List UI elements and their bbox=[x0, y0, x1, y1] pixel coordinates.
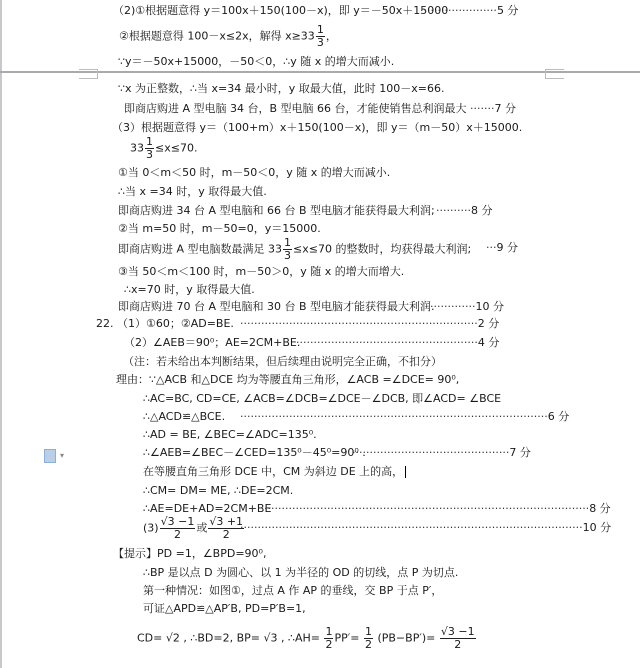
fraction: 13 bbox=[145, 136, 154, 161]
text-line: ∴CM= DM= ME, ∴DE=2CM. bbox=[143, 484, 293, 498]
text-line: （3）根据题意得 y＝（100+m）x＋150(100－x)，即 y＝（m－50… bbox=[112, 121, 522, 135]
text-line: 即商店购进 A 型电脑 34 台，B 型电脑 66 台，才能使销售总利润最大 bbox=[124, 102, 467, 116]
text-line: ∴x=70 时，y 取得最大值. bbox=[124, 283, 255, 297]
text-line: ②当 m=50 时，m－50=0，y＝15000. bbox=[118, 222, 321, 236]
fraction: √3 −12 bbox=[160, 516, 196, 541]
score-leader: ·············10 分 bbox=[430, 300, 504, 314]
score-leader: ······················5 分 bbox=[420, 4, 518, 18]
text-line[interactable]: 在等腰直角三角形 DCE 中，CM 为斜边 DE 上的高， bbox=[143, 465, 406, 479]
score-leader: ········································… bbox=[240, 410, 569, 424]
paste-options-icon[interactable] bbox=[44, 449, 56, 463]
fraction: 13 bbox=[283, 237, 292, 262]
fraction: √3 −12 bbox=[440, 626, 476, 651]
score-leader: ········································… bbox=[296, 336, 499, 350]
text-line: ∴AD = BE, ∠BEC=∠ADC=135⁰. bbox=[143, 428, 317, 442]
text-line: ∵x 为正整数，∴当 x=34 最小时，y 取最大值，此时 100－x=66. bbox=[118, 82, 444, 96]
question-22-part2: （2）∠AEB＝90⁰；AE=2CM+BE. bbox=[124, 336, 300, 350]
question-22-part1: 22. （1）①60；②AD=BE. bbox=[96, 317, 234, 331]
score-leader: ········································… bbox=[240, 317, 499, 331]
text-line: ∴当 x =34 时，y 取得最大值. bbox=[118, 185, 267, 199]
text-line: 理由：∵△ACB 和△DCE 均为等腰直角三角形，∠ACB =∠DCE= 90⁰… bbox=[116, 373, 459, 387]
answer-part3: (3)√3 −12或√3 +12 bbox=[143, 516, 245, 541]
fraction: 12 bbox=[324, 626, 333, 651]
page-left-edge bbox=[0, 0, 2, 668]
text-cursor bbox=[405, 466, 406, 478]
text-line: ∵y＝－50x+15000，－50＜0，∴y 随 x 的增大而减小. bbox=[118, 55, 394, 69]
text-line: CD= √2 , ∴BD=2, BP= √3 , ∴AH= 12PP′= 12 … bbox=[137, 626, 477, 651]
text-line: 第一种情况：如图①，过点 A 作 AP 的垂线，交 BP 于点 P′， bbox=[143, 584, 442, 598]
text-line: ∴AC=BC, CD=CE, ∠ACB=∠DCB=∠DCE－∠DCB, 即∠AC… bbox=[143, 392, 501, 406]
page-corner-mark-right bbox=[545, 69, 564, 79]
text-line: ∴AE=DE+AD=2CM+BE bbox=[143, 502, 271, 516]
score-leader: ·······7 分 bbox=[470, 102, 516, 116]
score-leader: ········································… bbox=[264, 502, 611, 516]
text-line: ①当 0＜m＜50 时，m－50＜0，y 随 x 的增大而减小. bbox=[118, 166, 390, 180]
note-text: （注：若未给出本判断结果，但后续理由说明完全正确，不扣分） bbox=[123, 355, 442, 369]
fraction: 12 bbox=[364, 626, 373, 651]
page-corner-mark-left bbox=[79, 69, 98, 79]
score-leader: ···9 分 bbox=[486, 241, 518, 255]
text-line: 可证△APD≌△AP′B, PD=P′B=1, bbox=[143, 602, 306, 616]
text-line: 3313≤x≤70. bbox=[130, 136, 197, 161]
score-leader: ········································… bbox=[352, 446, 531, 460]
text-line: 即商店购进 A 型电脑数最满足 3313≤x≤70 的整数时，均获得最大利润; bbox=[118, 237, 471, 262]
hint-heading: 【提示】PD =1，∠BPD=90⁰, bbox=[113, 547, 266, 561]
score-leader: ········································… bbox=[240, 521, 611, 535]
text-line: 即商店购进 34 台 A 型电脑和 66 台 B 型电脑才能获得最大利润; bbox=[118, 204, 435, 218]
text-line: ∴BP 是以点 D 为圆心、以 1 为半径的 OD 的切线，点 P 为切点. bbox=[143, 566, 458, 580]
text-line: （2)①根据题意得 y＝100x＋150(100－x)，即 y＝－50x＋150… bbox=[113, 4, 448, 18]
fraction: 13 bbox=[316, 24, 325, 49]
text-line: ③当 50＜m＜100 时，m－50＞0，y 随 x 的增大而增大. bbox=[118, 265, 404, 279]
text-line: 即商店购进 70 台 A 型电脑和 30 台 B 型电脑才能获得最大利润. bbox=[118, 300, 435, 314]
text-line: ∴△ACD≌△BCE. bbox=[143, 410, 225, 424]
score-leader: ··········8 分 bbox=[436, 204, 492, 218]
fraction: √3 +12 bbox=[208, 516, 244, 541]
text-line: ②根据题意得 100－x≤2x，解得 x≥3313， bbox=[119, 24, 337, 49]
score-label: 5 分 bbox=[497, 4, 519, 17]
text-line: ∴∠AEB=∠BEC－∠CED=135⁰－45⁰=90⁰ . bbox=[143, 446, 366, 460]
chevron-down-icon[interactable]: ▾ bbox=[60, 451, 64, 460]
